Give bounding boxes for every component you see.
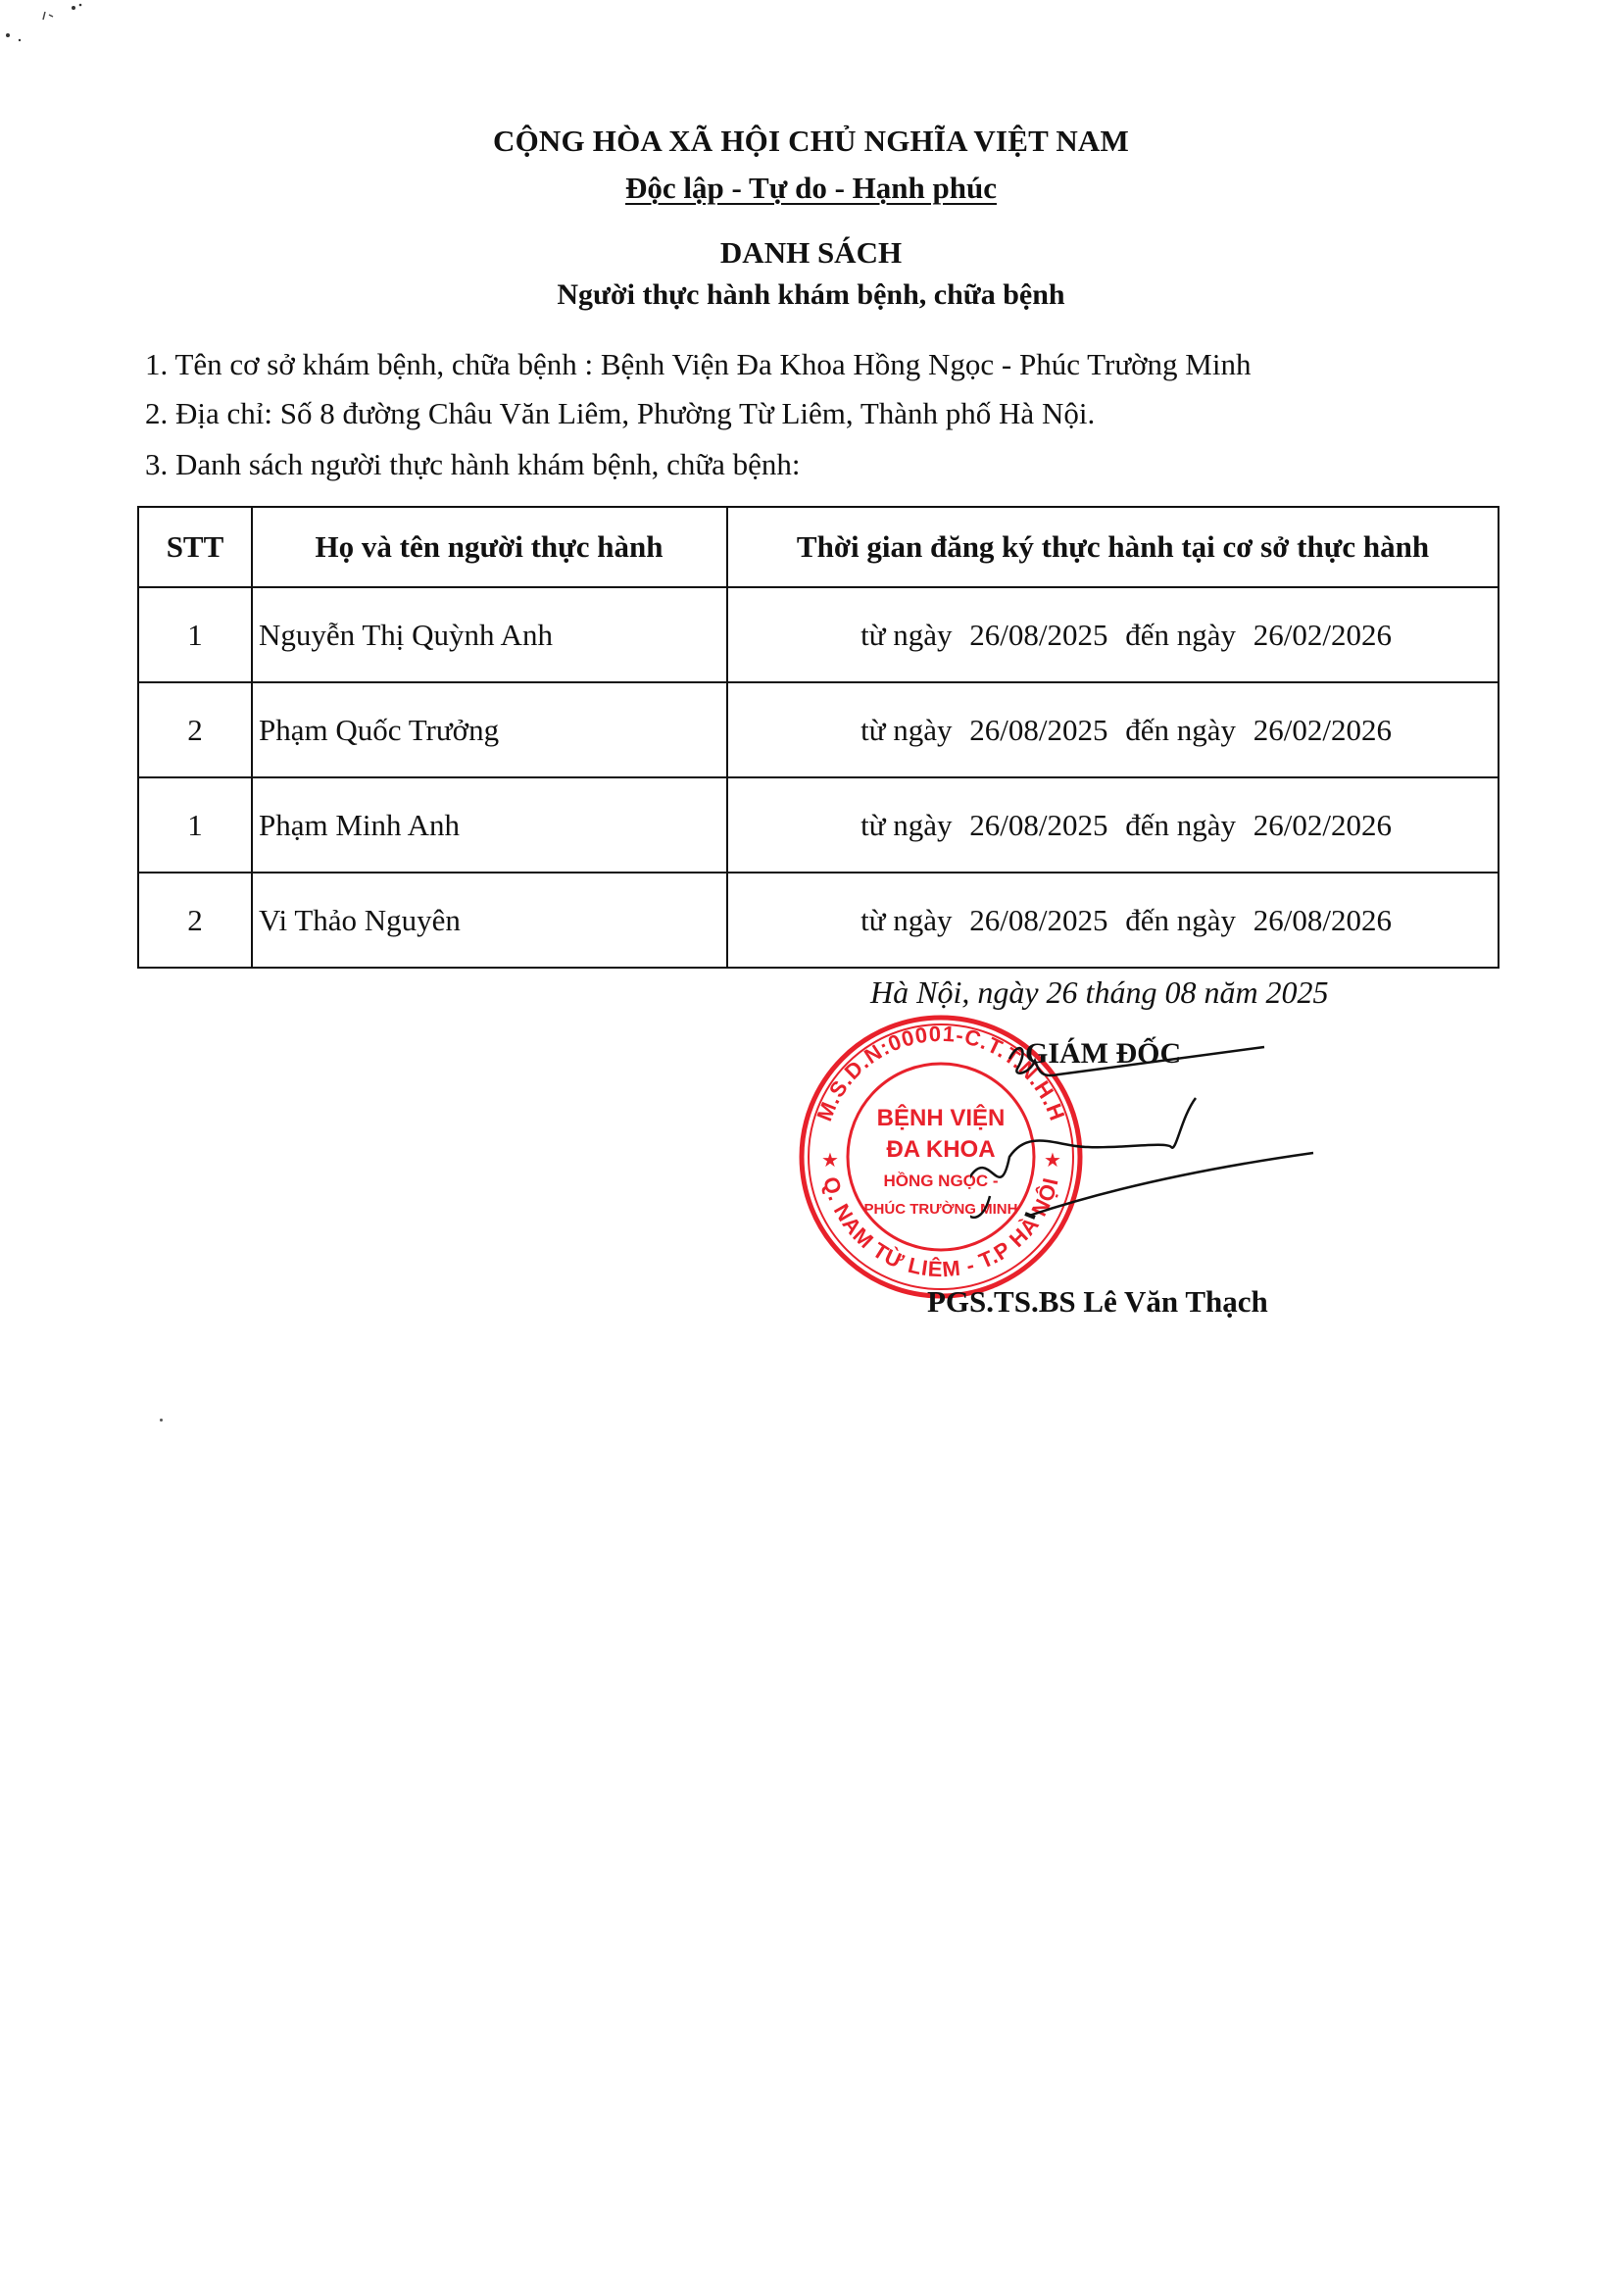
row-period: từ ngày 26/08/2025 đến ngày 26/02/2026 bbox=[727, 587, 1499, 682]
scan-specks bbox=[0, 0, 196, 78]
motto-text: Độc lập - Tự do - Hạnh phúc bbox=[625, 171, 997, 205]
table-header-row: STT Họ và tên người thực hành Thời gian … bbox=[138, 507, 1499, 587]
table-row: 1Nguyễn Thị Quỳnh Anhtừ ngày 26/08/2025 … bbox=[138, 587, 1499, 682]
table-row: 1Phạm Minh Anhtừ ngày 26/08/2025 đến ngà… bbox=[138, 777, 1499, 873]
table-row: 2Vi Thảo Nguyêntừ ngày 26/08/2025 đến ng… bbox=[138, 873, 1499, 968]
row-stt: 1 bbox=[138, 777, 252, 873]
row-stt: 2 bbox=[138, 873, 252, 968]
motto: Độc lập - Tự do - Hạnh phúc bbox=[0, 171, 1622, 206]
header-time: Thời gian đăng ký thực hành tại cơ sở th… bbox=[727, 507, 1499, 587]
row-name: Vi Thảo Nguyên bbox=[252, 873, 727, 968]
row-period: từ ngày 26/08/2025 đến ngày 26/08/2026 bbox=[727, 873, 1499, 968]
row-name: Phạm Quốc Trưởng bbox=[252, 682, 727, 777]
signer-name: PGS.TS.BS Lê Văn Thạch bbox=[927, 1284, 1268, 1320]
svg-text:★: ★ bbox=[821, 1148, 839, 1172]
facility-address: 2. Địa chỉ: Số 8 đường Châu Văn Liêm, Ph… bbox=[145, 396, 1095, 431]
table-row: 2Phạm Quốc Trưởngtừ ngày 26/08/2025 đến … bbox=[138, 682, 1499, 777]
row-stt: 2 bbox=[138, 682, 252, 777]
facility-name: 1. Tên cơ sở khám bệnh, chữa bệnh : Bệnh… bbox=[145, 347, 1251, 382]
row-period: từ ngày 26/08/2025 đến ngày 26/02/2026 bbox=[727, 777, 1499, 873]
nation-header: CỘNG HÒA XÃ HỘI CHỦ NGHĨA VIỆT NAM bbox=[0, 124, 1622, 159]
list-intro: 3. Danh sách người thực hành khám bệnh, … bbox=[145, 447, 801, 482]
scan-dot bbox=[160, 1419, 163, 1422]
document-title: DANH SÁCH bbox=[0, 235, 1622, 271]
row-stt: 1 bbox=[138, 587, 252, 682]
practitioner-table: STT Họ và tên người thực hành Thời gian … bbox=[137, 506, 1499, 969]
handwritten-signature bbox=[970, 1039, 1343, 1235]
row-name: Phạm Minh Anh bbox=[252, 777, 727, 873]
place-date: Hà Nội, ngày 26 tháng 08 năm 2025 bbox=[870, 974, 1329, 1011]
header-name: Họ và tên người thực hành bbox=[252, 507, 727, 587]
row-name: Nguyễn Thị Quỳnh Anh bbox=[252, 587, 727, 682]
header-stt: STT bbox=[138, 507, 252, 587]
row-period: từ ngày 26/08/2025 đến ngày 26/02/2026 bbox=[727, 682, 1499, 777]
document-subtitle: Người thực hành khám bệnh, chữa bệnh bbox=[0, 278, 1622, 312]
